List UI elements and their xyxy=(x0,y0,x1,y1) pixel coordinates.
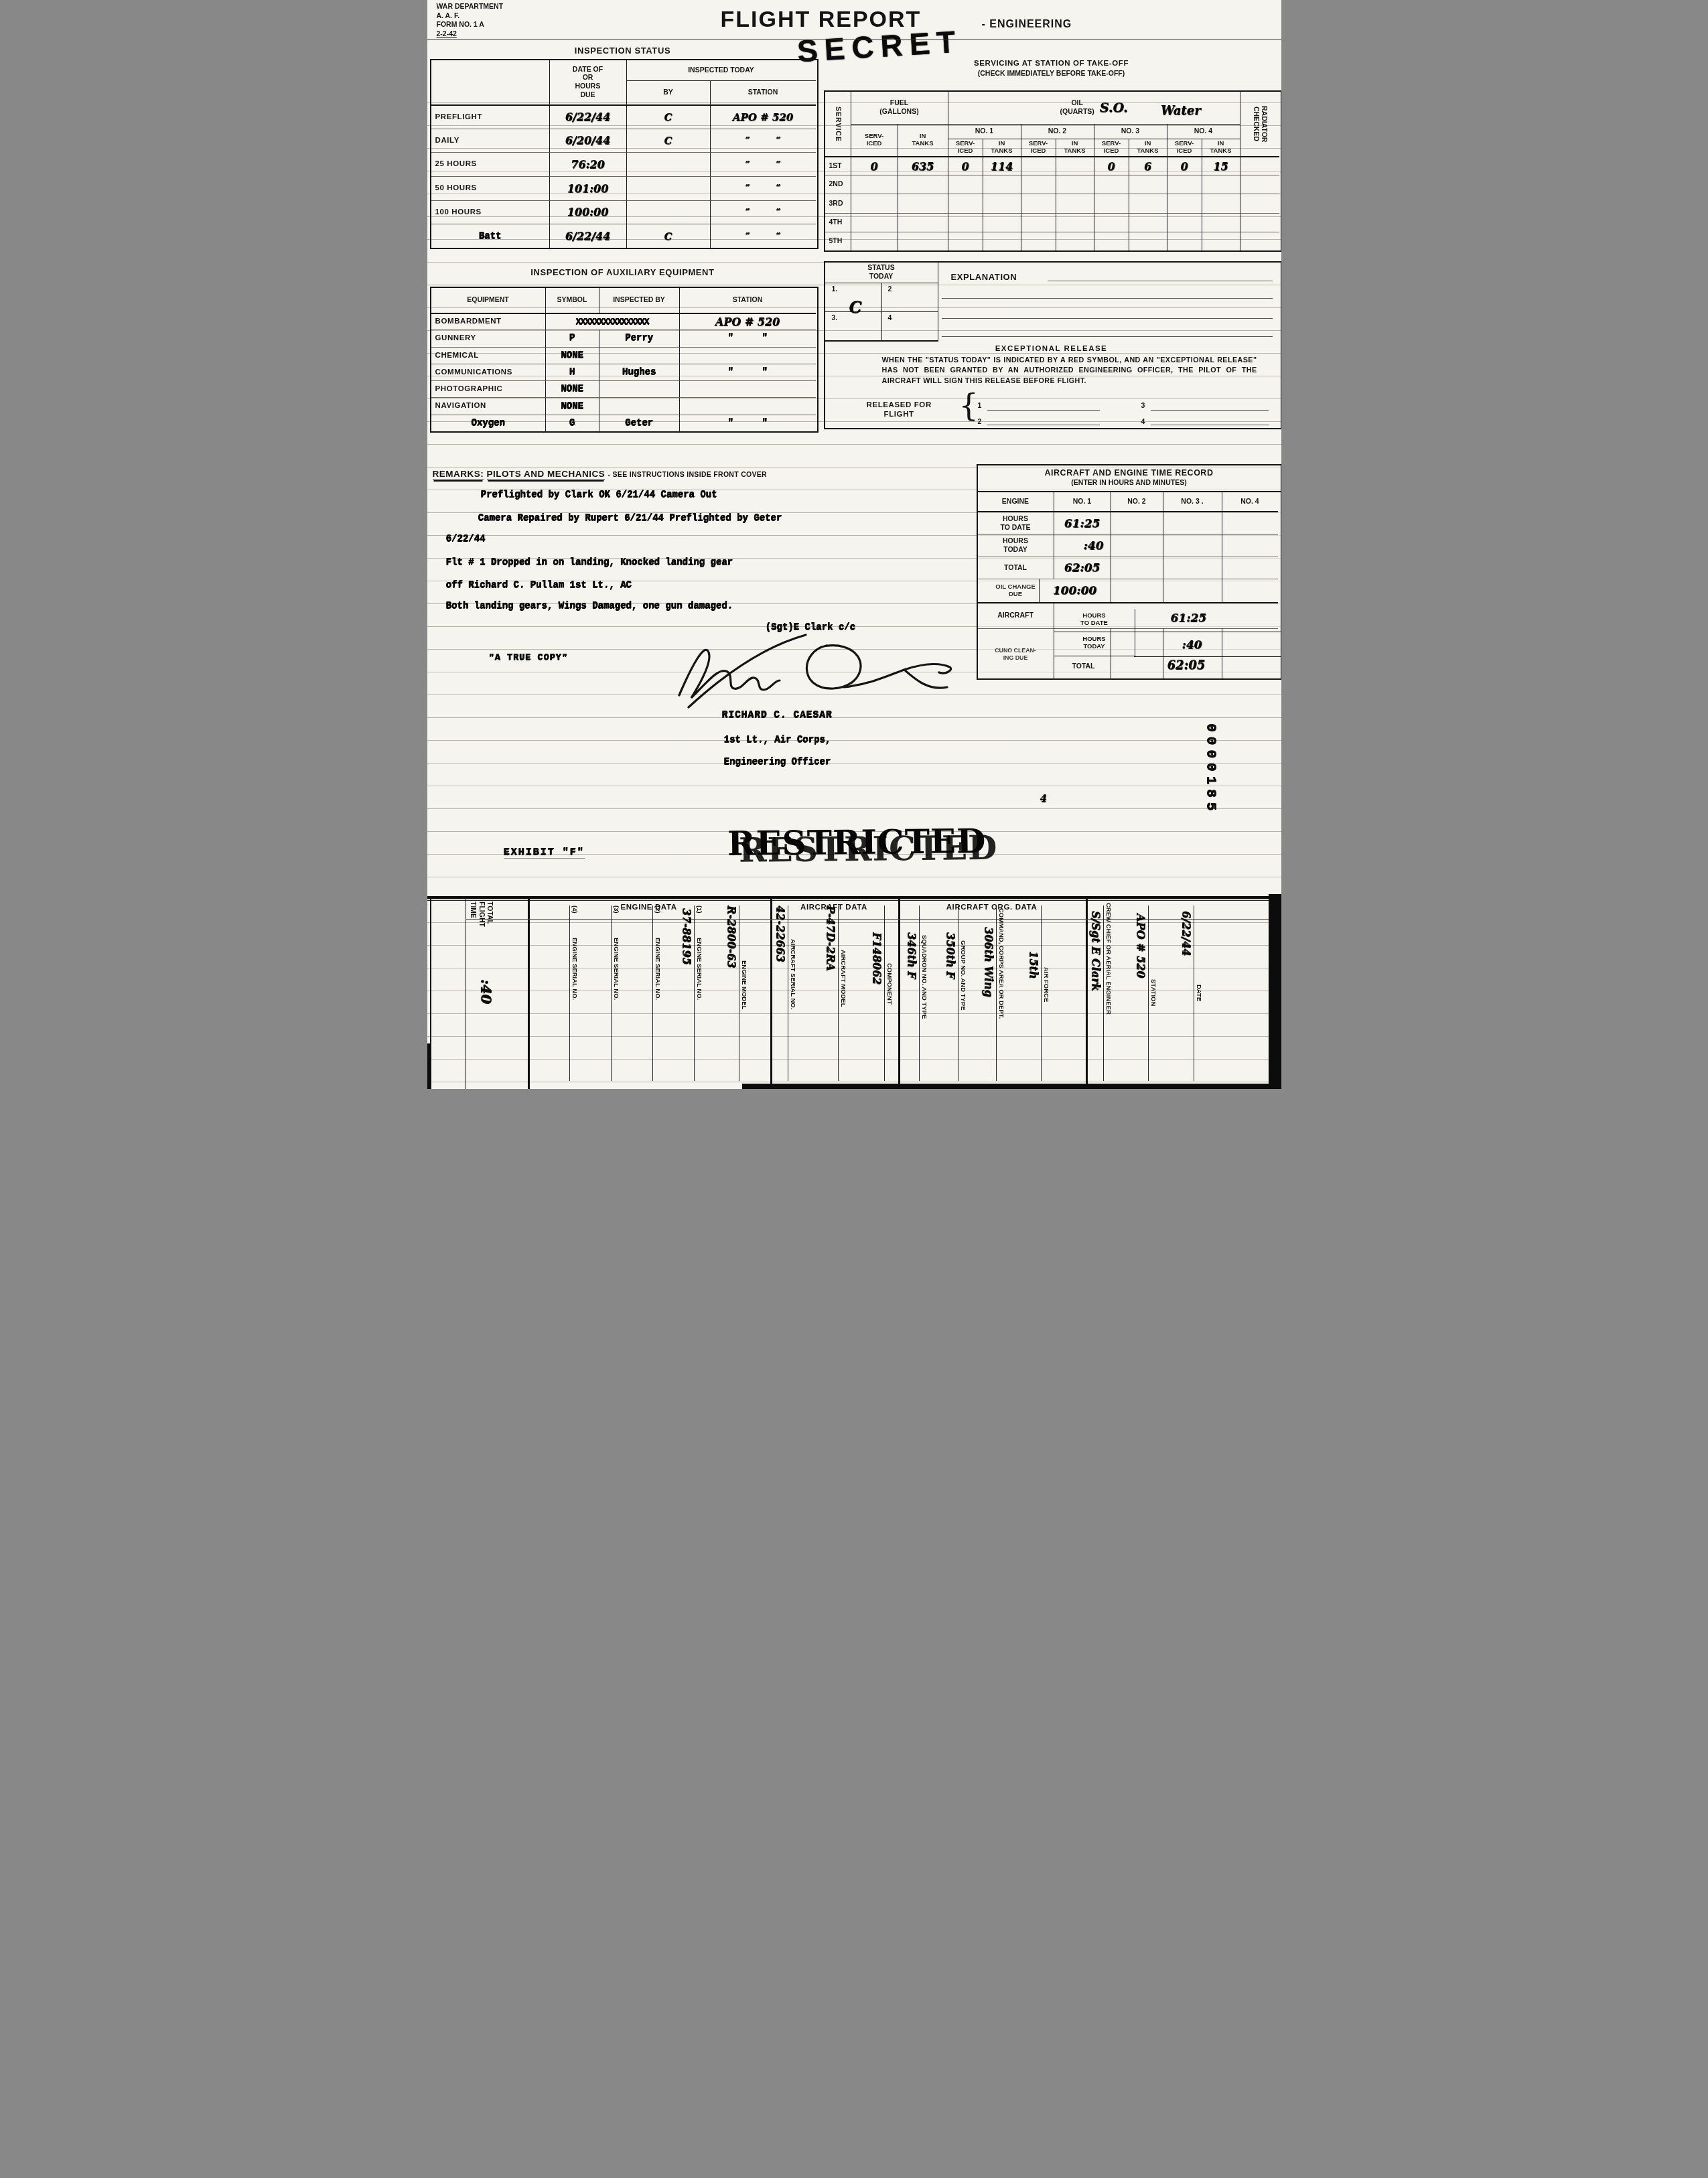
empty-cell xyxy=(851,175,898,194)
empty-cell xyxy=(1163,511,1222,534)
fuel-tanks-value: 635 xyxy=(898,156,948,175)
row-label: 100 HOURS xyxy=(431,200,549,224)
remarks-heading-note: - SEE INSTRUCTIONS INSIDE FRONT COVER xyxy=(608,471,767,479)
remarks-line: Preflighted by Clark OK 6/21/44 Camera O… xyxy=(481,490,717,500)
empty-cell xyxy=(1129,232,1167,250)
empty-cell xyxy=(1167,175,1202,194)
equipment-label: COMMUNICATIONS xyxy=(431,364,545,380)
empty-cell xyxy=(1094,194,1129,212)
exhibit-label: EXHIBIT "F" xyxy=(504,847,585,859)
remarks-heading-2: PILOTS AND MECHANICS xyxy=(487,469,606,480)
col-no4: NO. 4 xyxy=(1222,492,1278,511)
station-value: ″ ″ xyxy=(679,330,816,346)
col-station: STATION xyxy=(679,288,816,313)
col-inspected-today: INSPECTED TODAY xyxy=(626,60,816,80)
empty-cell xyxy=(948,213,983,232)
engine1-total: 62:05 xyxy=(1054,557,1111,579)
col-engine: ENGINE xyxy=(978,492,1054,511)
station-value: APO # 520 xyxy=(1135,914,1147,978)
empty-cell xyxy=(1222,534,1278,557)
restricted-stamp: RESTRICTED xyxy=(727,821,986,863)
status-cell-3: 3. xyxy=(832,314,838,323)
engine1-hours-today: :40 xyxy=(1054,534,1111,557)
service-row-label: 4TH xyxy=(825,213,851,232)
equipment-label: NAVIGATION xyxy=(431,397,545,414)
release-line-4 xyxy=(1151,425,1269,425)
by-value xyxy=(626,152,710,176)
aircraft-serial-value: 42-22663 xyxy=(774,905,787,962)
service-row-label: 1ST xyxy=(825,156,851,175)
strip-top-border xyxy=(427,896,1281,899)
empty-cell xyxy=(1167,213,1202,232)
station-value xyxy=(679,380,816,397)
strip-vline-margin xyxy=(466,896,466,1089)
e4-tanks-value: 15 xyxy=(1202,156,1240,175)
remarks-line: Both landing gears, Wings Damaged, one g… xyxy=(446,601,733,611)
empty-cell xyxy=(1222,511,1278,534)
in-tanks-label: IN TANKS xyxy=(1129,139,1167,156)
inspected-by-value: Perry xyxy=(599,330,679,346)
col-oil-quarts: OIL (QUARTS) S.O. Water xyxy=(948,92,1240,124)
aux-table: EQUIPMENT SYMBOL INSPECTED BY STATION BO… xyxy=(430,287,819,433)
org-data-header: AIRCRAFT ORG. DATA xyxy=(898,903,1086,912)
col-no1: NO. 1 xyxy=(1054,492,1111,511)
row-total: TOTAL xyxy=(978,557,1054,579)
empty-cell xyxy=(1240,232,1279,250)
aircraft-hours-today-value: :40 xyxy=(1182,638,1202,652)
empty-cell xyxy=(1056,232,1094,250)
explanation-line-2 xyxy=(942,298,1273,299)
aircraft-hours-today-label: HOURS TODAY xyxy=(1082,636,1105,651)
station-value: ″ ″ xyxy=(710,176,816,200)
remarks-line: Flt # 1 Dropped in on landing, Knocked l… xyxy=(446,557,733,568)
empty-cell xyxy=(1021,232,1056,250)
symbol-value: NONE xyxy=(545,347,599,364)
form-id-block: WAR DEPARTMENT A. A. F. FORM NO. 1 A 2-2… xyxy=(437,3,504,40)
date-value: 6/22/44 xyxy=(1180,911,1193,956)
aircraft-hours-to-date-cell: HOURS TO DATE xyxy=(1054,609,1135,632)
station-value xyxy=(679,397,816,414)
engine4-serial-label: ENGINE SERIAL NO. xyxy=(571,938,578,1000)
aircraft-model-value: P-47D-2RA xyxy=(825,905,837,971)
due-value: 6/22/44 xyxy=(549,104,626,129)
empty-cell xyxy=(948,175,983,194)
e4-serviced-value: 0 xyxy=(1167,156,1202,175)
write-line-aserial xyxy=(788,905,788,1081)
write-line-e4 xyxy=(569,905,570,1081)
aircraft-label: AIRCRAFT xyxy=(978,602,1054,628)
fuel-serviced-value: 0 xyxy=(851,156,898,175)
row-label: 25 HOURS xyxy=(431,152,549,176)
release-line-2 xyxy=(987,425,1100,425)
squadron-label: SQUADRON NO. AND TYPE xyxy=(920,935,928,1019)
branch: A. A. F. xyxy=(437,12,504,21)
oil-label: OIL (QUARTS) xyxy=(1060,99,1094,116)
agency: WAR DEPARTMENT xyxy=(437,3,504,12)
engine-model-value: R-2800-63 xyxy=(725,905,738,968)
col-station: STATION xyxy=(710,80,816,104)
aircraft-time-subblock: HOURS TO DATE 61:25 HOURS TODAY :40 TOTA… xyxy=(1054,609,1281,678)
aircraft-total-value: 62:05 xyxy=(1167,658,1206,672)
aircraft-hours-to-date-label: HOURS TO DATE xyxy=(1080,613,1108,628)
explanation-label: EXPLANATION xyxy=(951,272,1017,283)
exceptional-release-title: EXCEPTIONAL RELEASE xyxy=(825,344,1278,354)
date-label: DATE xyxy=(1195,985,1202,1001)
symbol-value: P xyxy=(545,330,599,346)
equipment-label: BOMBARDMENT xyxy=(431,313,545,330)
release-line-3 xyxy=(1151,410,1269,411)
empty-cell xyxy=(1056,175,1094,194)
released-for-flight-label: RELEASED FOR FLIGHT xyxy=(867,401,932,420)
empty-cell xyxy=(851,232,898,250)
empty-cell xyxy=(983,213,1021,232)
empty-cell xyxy=(1240,213,1279,232)
true-copy-note: "A TRUE COPY" xyxy=(489,653,568,663)
row-hours-today: HOURS TODAY xyxy=(978,534,1054,557)
bottom-data-strip: ENGINE DATA AIRCRAFT DATA AIRCRAFT ORG. … xyxy=(427,896,1281,1089)
service-row-label: 2ND xyxy=(825,175,851,194)
due-value: 6/22/44 xyxy=(549,224,626,248)
equipment-label: PHOTOGRAPHIC xyxy=(431,380,545,397)
engine1-num: (1) xyxy=(695,905,703,914)
oil-no1: NO. 1 xyxy=(948,124,1021,139)
row-cuno-cleaning-due: CUNO CLEAN- ING DUE xyxy=(978,628,1054,680)
engine2-num: (2) xyxy=(654,905,661,914)
empty-cell xyxy=(1222,557,1278,579)
empty-cell xyxy=(1056,213,1094,232)
by-value xyxy=(626,176,710,200)
write-line-amodel xyxy=(838,905,839,1081)
release-line-1 xyxy=(987,410,1100,411)
empty-cell xyxy=(948,194,983,212)
empty-cell xyxy=(1163,557,1222,579)
release-slot-4: 4 xyxy=(1141,418,1145,427)
col-no2: NO. 2 xyxy=(1111,492,1163,511)
empty-cell xyxy=(1094,175,1129,194)
oil-no3: NO. 3 xyxy=(1094,124,1167,139)
aircraft-total-label: TOTAL xyxy=(1072,662,1095,671)
empty-cell xyxy=(1163,579,1222,602)
station-value: ″ ″ xyxy=(710,129,816,153)
release-slot-1: 1 xyxy=(978,402,982,411)
engine3-serial-label: ENGINE SERIAL NO. xyxy=(612,938,620,1000)
engine1-hours-to-date: 61:25 xyxy=(1054,511,1111,534)
brace-glyph: { xyxy=(959,390,979,421)
due-value: 76:20 xyxy=(549,152,626,176)
write-line-airforce xyxy=(1041,905,1042,1081)
write-line-e3 xyxy=(611,905,612,1081)
air-force-label: AIR FORCE xyxy=(1042,967,1050,1002)
status-cell-2: 2 xyxy=(888,285,892,294)
in-tanks-label: IN TANKS xyxy=(983,139,1021,156)
col-no3: NO. 3 . xyxy=(1163,492,1222,511)
exceptional-release-body: WHEN THE "STATUS TODAY" IS INDICATED BY … xyxy=(882,356,1257,386)
equipment-label-handwritten: Oxygen xyxy=(431,415,545,431)
signed-title: Engineering Officer xyxy=(724,757,831,768)
due-value: 100:00 xyxy=(549,200,626,224)
empty-cell xyxy=(1111,557,1163,579)
air-force-value: 15th xyxy=(1027,951,1040,978)
e1-serviced-value: 0 xyxy=(948,156,983,175)
in-tanks-label: IN TANKS xyxy=(1202,139,1240,156)
engine1-oil-change-due: 100:00 xyxy=(1039,579,1111,602)
oil-handwritten-note: S.O. xyxy=(1100,100,1128,115)
engine2-serial-label: ENGINE SERIAL NO. xyxy=(654,938,661,1000)
empty-cell xyxy=(1094,232,1129,250)
status-today-value: C xyxy=(849,297,862,317)
empty-cell xyxy=(851,194,898,212)
serviced-label: SERV- ICED xyxy=(1021,139,1056,156)
servicing-subtitle: (CHECK IMMEDIATELY BEFORE TAKE-OFF) xyxy=(824,70,1279,78)
empty-cell xyxy=(1222,579,1278,602)
write-line-component xyxy=(884,905,885,1081)
status-cell-4: 4 xyxy=(888,314,892,323)
scan-edge-bottom xyxy=(742,1084,1271,1089)
group-label: GROUP NO. AND TYPE xyxy=(959,940,967,1011)
component-label: COMPONENT xyxy=(885,963,893,1005)
fuel-serviced-label: SERV- ICED xyxy=(851,124,898,156)
inspection-corner-cell xyxy=(431,60,549,104)
strip-vline-aircraft xyxy=(770,896,772,1089)
empty-cell xyxy=(1202,213,1240,232)
empty-cell xyxy=(1129,175,1167,194)
crew-chief-label: CREW CHIEF OR AERIAL ENGINEER xyxy=(1105,903,1112,1085)
write-line-e1 xyxy=(694,905,695,1081)
oil-no4: NO. 4 xyxy=(1167,124,1240,139)
empty-cell xyxy=(1129,194,1167,212)
empty-cell xyxy=(983,232,1021,250)
by-value xyxy=(626,200,710,224)
total-flight-time-label: TOTAL FLIGHT TIME xyxy=(469,901,494,927)
engine3-num: (3) xyxy=(612,905,620,914)
inspected-by-value: Hughes xyxy=(599,364,679,380)
empty-cell xyxy=(1111,534,1163,557)
write-line-emodel xyxy=(739,905,739,1081)
empty-cell xyxy=(1111,579,1163,602)
command-label: COMMAND, CORPS AREA OR DEPT. xyxy=(997,908,1005,1088)
empty-cell xyxy=(1021,175,1056,194)
row-label: DAILY xyxy=(431,129,549,153)
status-cell-1: 1. xyxy=(832,285,838,294)
col-date-or-hours-due: DATE OF OR HOURS DUE xyxy=(549,60,626,104)
empty-cell xyxy=(1202,194,1240,212)
aircraft-hours-to-date-value: 61:25 xyxy=(1171,611,1207,625)
signature-richard-c-caesar xyxy=(668,628,956,712)
aircraft-serial-label: AIRCRAFT SERIAL NO. xyxy=(789,939,796,1009)
remarks-line: 6/22/44 xyxy=(446,534,486,544)
status-today-box: STATUS TODAY 1. 2 3. 4 C xyxy=(825,263,938,342)
col-radiator-checked: RADIATOR CHECKED xyxy=(1240,92,1279,156)
empty-cell xyxy=(1202,175,1240,194)
time-record-box: AIRCRAFT AND ENGINE TIME RECORD (ENTER I… xyxy=(977,464,1281,680)
engine-model-label: ENGINE MODEL xyxy=(740,960,748,1009)
symbol-value: H xyxy=(545,364,599,380)
inspected-by-value xyxy=(599,347,679,364)
e1-tanks-value: 114 xyxy=(983,156,1021,175)
write-line-squadron xyxy=(919,905,920,1081)
station-value: ″ ″ xyxy=(710,224,816,248)
empty-cell xyxy=(1240,175,1279,194)
header-rule xyxy=(427,40,1281,40)
e2-serviced-value xyxy=(1021,156,1056,175)
col-symbol: SYMBOL xyxy=(545,288,599,313)
write-line-group xyxy=(958,905,958,1081)
status-release-box: STATUS TODAY 1. 2 3. 4 C EXPLANATION EXC… xyxy=(824,261,1281,429)
col-equipment: EQUIPMENT xyxy=(431,288,545,313)
remarks-line: off Richard C. Pullam 1st Lt., AC xyxy=(446,580,632,591)
crew-chief-value: S/Sgt E Clark xyxy=(1090,911,1102,991)
strip-top-border-2 xyxy=(427,900,1281,901)
station-value: APO # 520 xyxy=(679,313,816,330)
remarks-heading: REMARKS: PILOTS AND MECHANICS - SEE INST… xyxy=(433,469,768,479)
empty-cell xyxy=(948,232,983,250)
serviced-label: SERV- ICED xyxy=(1167,139,1202,156)
empty-cell xyxy=(983,194,1021,212)
flight-report-form: WAR DEPARTMENT A. A. F. FORM NO. 1 A 2-2… xyxy=(427,0,1281,1089)
inspected-by-value: Geter xyxy=(599,415,679,431)
time-record-subtitle: (ENTER IN HOURS AND MINUTES) xyxy=(978,479,1281,488)
row-label: 50 HOURS xyxy=(431,176,549,200)
row-label-handwritten: Batt xyxy=(431,224,549,248)
empty-cell xyxy=(898,232,948,250)
station-value: ″ ″ xyxy=(679,415,816,431)
inspection-status-table: DATE OF OR HOURS DUE INSPECTED TODAY BY … xyxy=(430,59,819,249)
inspected-by-value xyxy=(599,397,679,414)
symbol-scribble: XXXXXXXXXXXXXXXX xyxy=(545,313,679,330)
write-line-crew xyxy=(1103,905,1104,1081)
symbol-value: NONE xyxy=(545,397,599,414)
strip-vline-org xyxy=(898,896,900,1089)
empty-cell xyxy=(1240,194,1279,212)
write-line-date xyxy=(1194,905,1194,1081)
aircraft-hours-today-tab xyxy=(1134,632,1281,657)
signed-name: RICHARD C. CAESAR xyxy=(722,710,833,721)
engine4-num: (4) xyxy=(571,905,578,914)
status-today-title: STATUS TODAY xyxy=(825,264,938,281)
empty-cell xyxy=(1167,232,1202,250)
col-inspected-by: INSPECTED BY xyxy=(599,288,679,313)
strip-vline-crew xyxy=(1086,896,1088,1089)
serviced-label: SERV- ICED xyxy=(1094,139,1129,156)
due-value: 101:00 xyxy=(549,176,626,200)
empty-cell xyxy=(1167,194,1202,212)
servicing-table: SERVICE FUEL (GALLONS) OIL (QUARTS) S.O.… xyxy=(824,90,1281,252)
station-value xyxy=(679,347,816,364)
release-slot-2: 2 xyxy=(978,418,982,427)
page-title-suffix: - ENGINEERING xyxy=(982,19,1072,31)
total-flight-time-value: :40 xyxy=(478,979,495,1004)
by-value: C xyxy=(626,129,710,153)
command-value: 306th Wing xyxy=(983,927,995,997)
fuel-in-tanks-label: IN TANKS xyxy=(898,124,948,156)
signed-rank: 1st Lt., Air Corps, xyxy=(724,735,831,745)
empty-cell xyxy=(898,213,948,232)
write-line-e2 xyxy=(652,905,653,1081)
empty-cell xyxy=(898,175,948,194)
col-service: SERVICE xyxy=(825,92,851,156)
scan-edge-left xyxy=(427,1043,431,1089)
water-handwritten-note: Water xyxy=(1161,104,1201,118)
stray-mark: 4 xyxy=(1040,792,1047,804)
empty-cell xyxy=(851,213,898,232)
oil-no2: NO. 2 xyxy=(1021,124,1094,139)
in-tanks-label: IN TANKS xyxy=(1056,139,1094,156)
explanation-line-3 xyxy=(942,318,1273,319)
by-value: C xyxy=(626,104,710,129)
service-row-label: 5TH xyxy=(825,232,851,250)
aircraft-hours-today-cell: HOURS TODAY xyxy=(1054,632,1135,656)
empty-cell xyxy=(1021,194,1056,212)
time-record-title: AIRCRAFT AND ENGINE TIME RECORD xyxy=(978,467,1281,478)
empty-cell xyxy=(1021,213,1056,232)
group-value: 350th F xyxy=(944,932,957,978)
col-by: BY xyxy=(626,80,710,104)
station-label: STATION xyxy=(1149,979,1157,1006)
release-slot-3: 3 xyxy=(1141,402,1145,411)
by-value: C xyxy=(626,224,710,248)
empty-cell xyxy=(1111,511,1163,534)
exceptional-release-box: EXCEPTIONAL RELEASE WHEN THE "STATUS TOD… xyxy=(825,340,1278,425)
col-fuel-gallons: FUEL (GALLONS) xyxy=(851,92,948,124)
strip-vline-engine xyxy=(528,896,530,1089)
remarks-heading-1: REMARKS: xyxy=(433,469,484,480)
engine1-serial-value: 37-88195 xyxy=(681,908,693,965)
empty-cell xyxy=(983,175,1021,194)
explanation-line-1 xyxy=(1048,281,1273,281)
aux-title: INSPECTION OF AUXILIARY EQUIPMENT xyxy=(430,267,816,278)
station-value: ″ ″ xyxy=(679,364,816,380)
squadron-value: 346th F xyxy=(906,932,918,978)
inspected-by-value xyxy=(599,380,679,397)
equipment-label: GUNNERY xyxy=(431,330,545,346)
aircraft-model-label: AIRCRAFT MODEL xyxy=(839,950,847,1007)
engine1-serial-label: ENGINE SERIAL NO. xyxy=(695,938,703,1000)
form-number: FORM NO. 1 A xyxy=(437,21,504,30)
scan-edge-right xyxy=(1269,894,1281,1089)
station-value: ″ ″ xyxy=(710,200,816,224)
equipment-label: CHEMICAL xyxy=(431,347,545,364)
e3-serviced-value: 0 xyxy=(1094,156,1129,175)
empty-cell xyxy=(1056,194,1094,212)
symbol-value: NONE xyxy=(545,380,599,397)
explanation-line-4 xyxy=(942,336,1273,337)
e3-tanks-value: 6 xyxy=(1129,156,1167,175)
status-grid-line-v xyxy=(881,283,882,340)
empty-cell xyxy=(1202,232,1240,250)
form-date: 2-2-42 xyxy=(437,30,504,40)
empty-cell xyxy=(1094,213,1129,232)
e2-tanks-value xyxy=(1056,156,1094,175)
remarks-line: Camera Repaired by Rupert 6/21/44 Prefli… xyxy=(478,513,782,524)
component-value: F148062 xyxy=(871,932,883,985)
serial-number-stamp: 0000185 xyxy=(1203,723,1218,815)
service-row-label: 3RD xyxy=(825,194,851,212)
serviced-label: SERV- ICED xyxy=(948,139,983,156)
empty-cell xyxy=(1163,534,1222,557)
station-value: APO # 520 xyxy=(710,104,816,129)
radiator-cell xyxy=(1240,156,1279,175)
due-value: 6/20/44 xyxy=(549,129,626,153)
station-value: ″ ″ xyxy=(710,152,816,176)
inspection-status-title: INSPECTION STATUS xyxy=(430,46,816,56)
write-line-command xyxy=(996,905,997,1081)
row-hours-to-date: HOURS TO DATE xyxy=(978,511,1054,534)
row-label: PREFLIGHT xyxy=(431,104,549,129)
servicing-title: SERVICING AT STATION OF TAKE-OFF xyxy=(824,59,1279,68)
write-line-station xyxy=(1148,905,1149,1081)
empty-cell xyxy=(1129,213,1167,232)
symbol-value: G xyxy=(545,415,599,431)
